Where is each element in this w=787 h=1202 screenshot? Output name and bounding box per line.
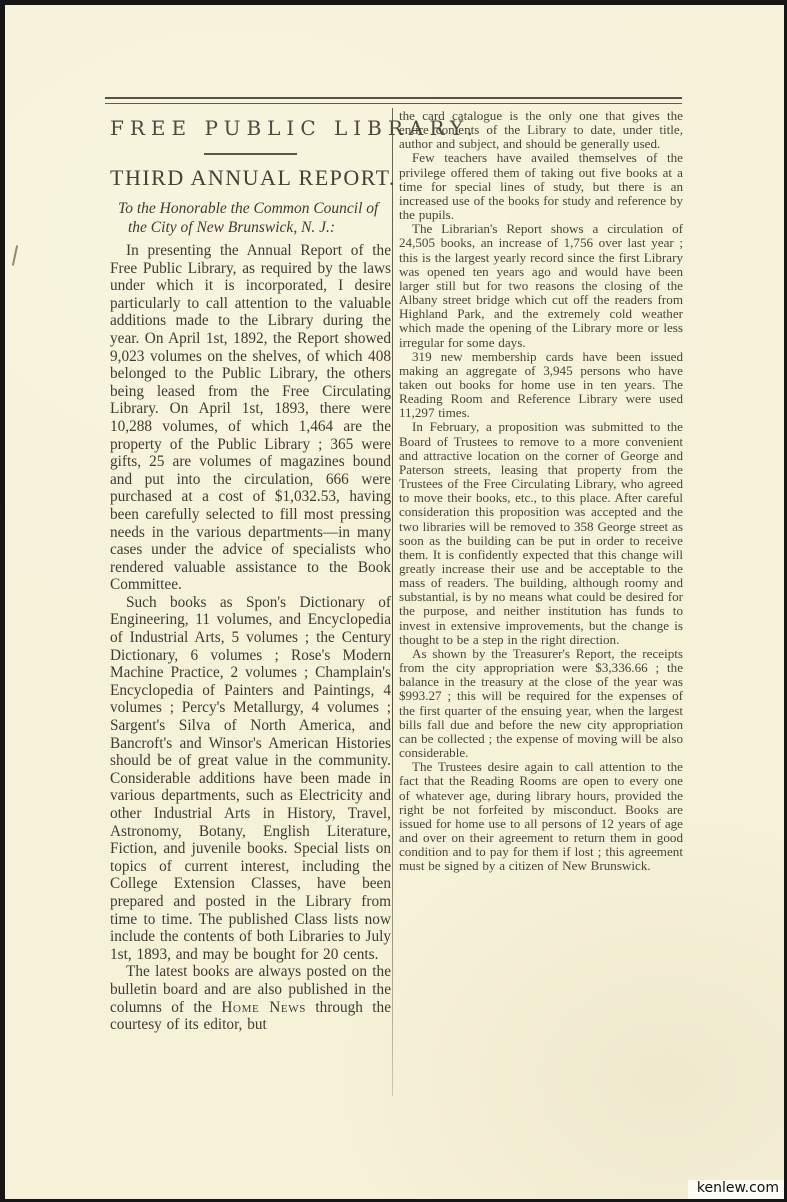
paragraph-card-catalogue: the card catalogue is the only one that … <box>399 109 683 151</box>
home-news-smallcaps: Home News <box>221 999 306 1016</box>
paragraph-librarians-report: The Librarian's Report shows a circulati… <box>399 222 683 349</box>
salutation: To the Honorable the Common Council of t… <box>110 199 391 237</box>
column-divider-rule <box>392 108 393 1096</box>
paragraph-membership-cards: 319 new membership cards have been issue… <box>399 350 683 421</box>
paragraph-latest-books: The latest books are always posted on th… <box>110 963 391 1033</box>
paragraph-treasurers-report: As shown by the Treasurer's Report, the … <box>399 647 683 760</box>
paragraph-notable-books: Such books as Spon's Dictionary of Engin… <box>110 594 391 963</box>
left-column: FREE PUBLIC LIBRARY. THIRD ANNUAL REPORT… <box>110 110 391 1034</box>
report-title: THIRD ANNUAL REPORT. <box>110 165 391 191</box>
header-double-rule <box>105 97 682 104</box>
masthead-title: FREE PUBLIC LIBRARY. <box>110 116 391 140</box>
right-column: the card catalogue is the only one that … <box>399 109 683 873</box>
paragraph-removal-proposition: In February, a proposition was submitted… <box>399 420 683 647</box>
scanned-page: FREE PUBLIC LIBRARY. THIRD ANNUAL REPORT… <box>0 0 787 1202</box>
paragraph-annual-report: In presenting the Annual Report of the F… <box>110 242 391 594</box>
stray-ink-mark <box>12 245 18 266</box>
masthead-rule <box>204 153 297 155</box>
paragraph-trustees-notice: The Trustees desire again to call attent… <box>399 760 683 873</box>
paragraph-teachers: Few teachers have availed themselves of … <box>399 151 683 222</box>
watermark: kenlew.com <box>688 1180 784 1199</box>
